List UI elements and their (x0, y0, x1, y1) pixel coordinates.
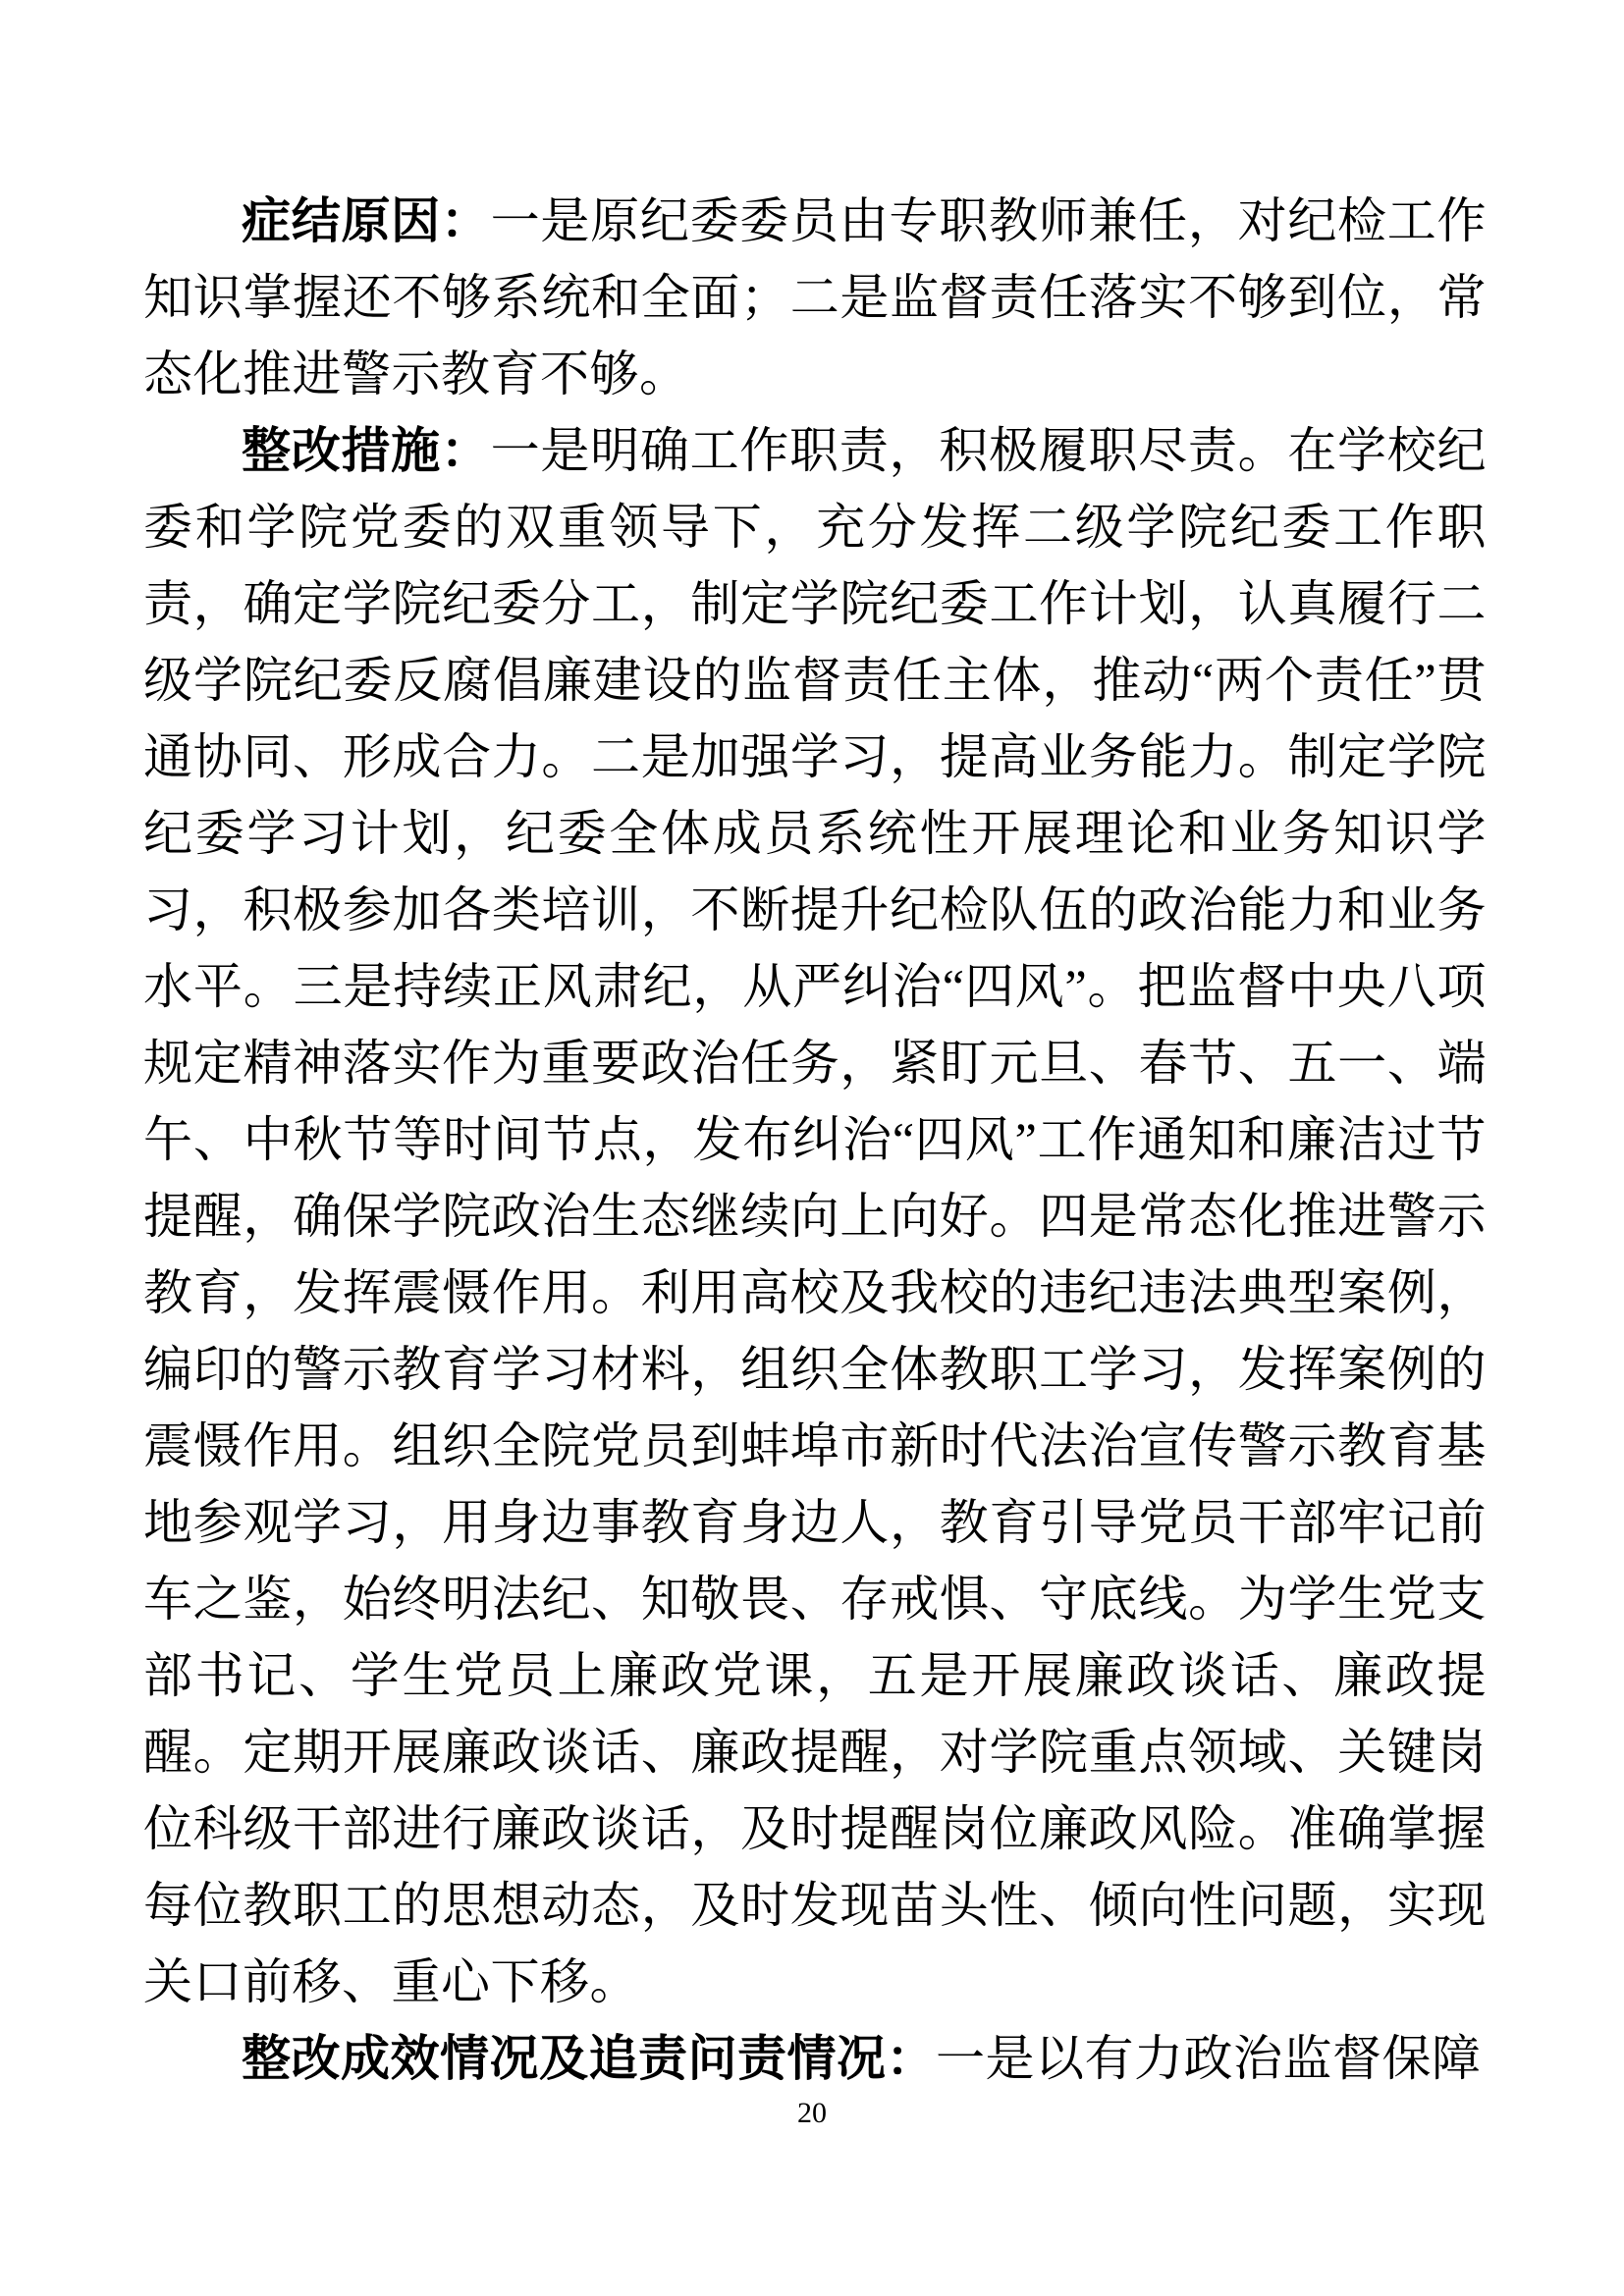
page-number: 20 (0, 2097, 1624, 2130)
paragraph-text-rectification-results: 一是以有力政治监督保障 (936, 2031, 1482, 2086)
paragraph-rectification-results: 整改成效情况及追责问责情况：一是以有力政治监督保障 (143, 2020, 1487, 2097)
document-body: 症结原因：一是原纪委委员由专职教师兼任，对纪检工作知识掌握还不够系统和全面；二是… (143, 183, 1487, 2097)
paragraph-symptom-cause: 症结原因：一是原纪委委员由专职教师兼任，对纪检工作知识掌握还不够系统和全面；二是… (143, 183, 1487, 412)
paragraph-lead-rectification-results: 整改成效情况及追责问责情况： (242, 2031, 936, 2086)
document-page: 症结原因：一是原纪委委员由专职教师兼任，对纪检工作知识掌握还不够系统和全面；二是… (0, 0, 1624, 2296)
paragraph-lead-symptom-cause: 症结原因： (242, 193, 491, 248)
paragraph-lead-rectification-measures: 整改措施： (242, 423, 491, 478)
paragraph-rectification-measures: 整改措施：一是明确工作职责，积极履职尽责。在学校纪委和学院党委的双重领导下，充分… (143, 412, 1487, 2020)
paragraph-text-rectification-measures: 一是明确工作职责，积极履职尽责。在学校纪委和学院党委的双重领导下，充分发挥二级学… (143, 423, 1487, 2009)
